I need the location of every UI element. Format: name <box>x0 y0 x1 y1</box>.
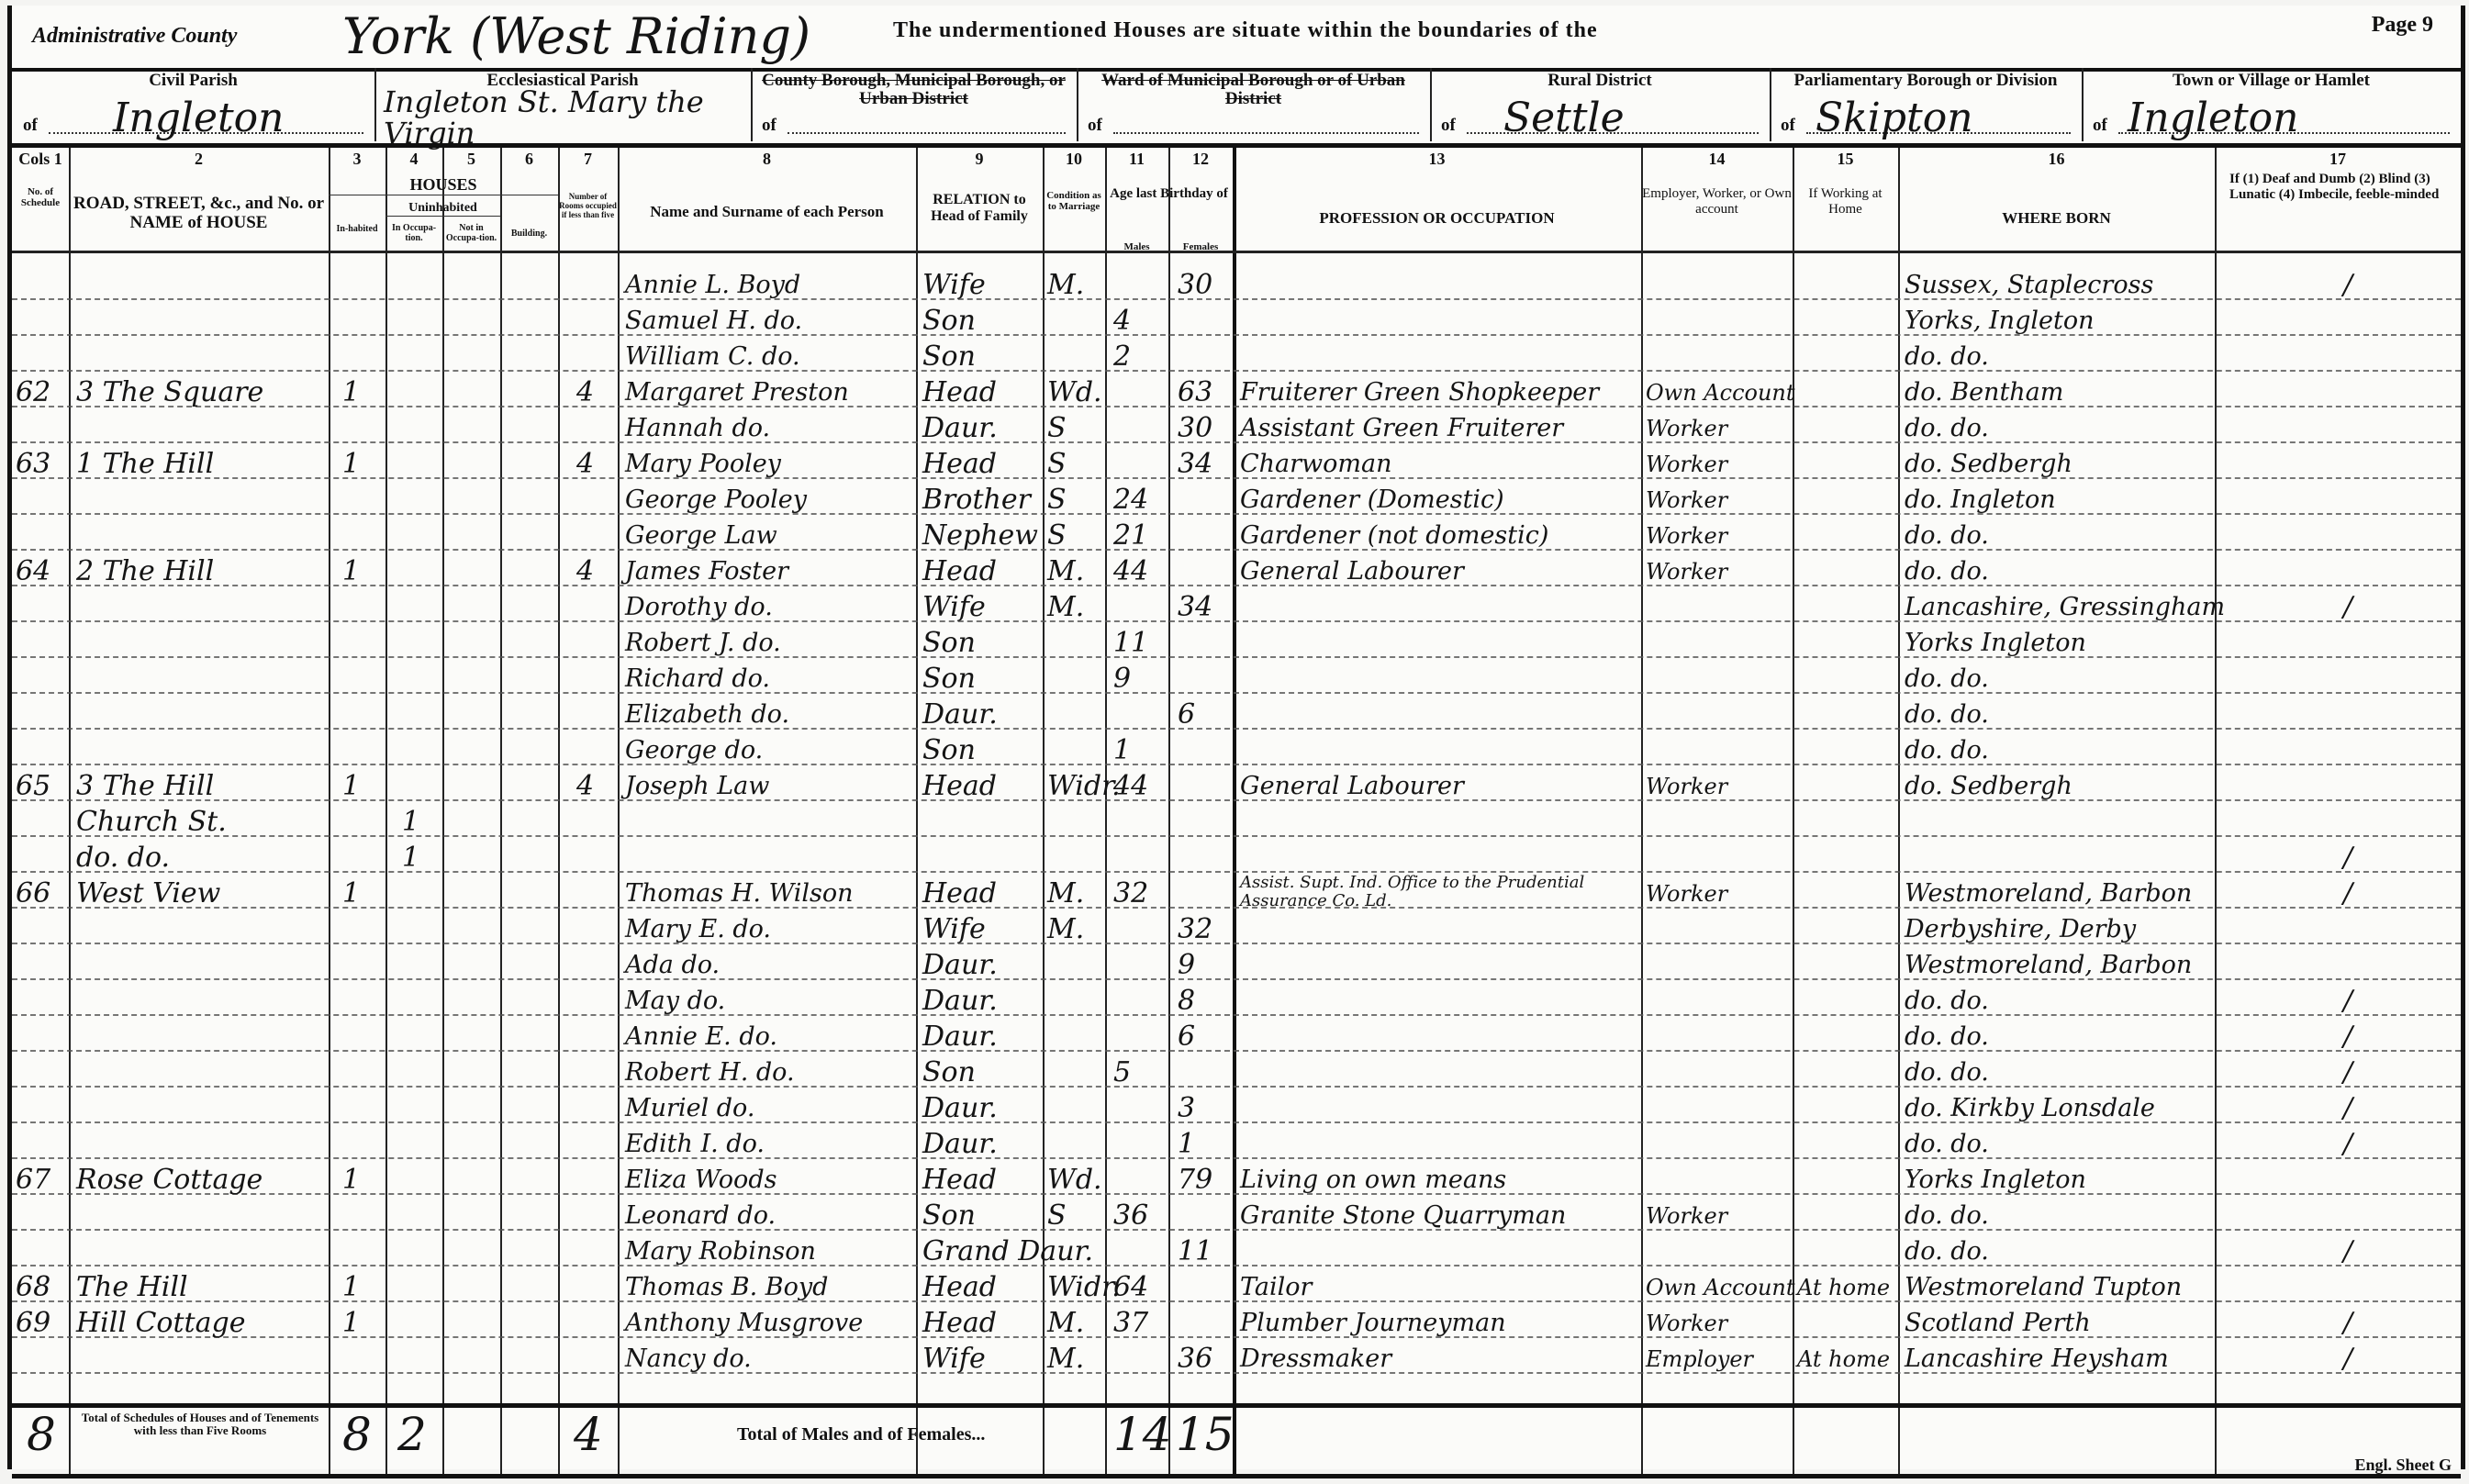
name-cell: Richard do. <box>625 659 919 694</box>
table-row: Muriel do.Daur.3do. Kirkby Lonsdale/ <box>12 1088 2461 1123</box>
rooms-cell <box>576 337 618 372</box>
occupation-cell: Charwoman <box>1240 444 1644 479</box>
inhabited-cell: 1 <box>342 1303 384 1338</box>
name-cell: Thomas H. Wilson <box>625 874 919 909</box>
rooms-cell <box>576 874 618 909</box>
col-number: 12 <box>1168 150 1233 169</box>
of-label: of <box>762 116 776 136</box>
unoccupied-cell <box>402 1160 443 1195</box>
address-cell: Rose Cottage <box>76 1160 329 1195</box>
houses-header: HOUSES <box>329 175 558 195</box>
totals-row: 8 Total of Schedules of Houses and of Te… <box>12 1403 2461 1478</box>
at-home-cell <box>1797 838 1898 873</box>
schedule-number <box>16 1124 69 1159</box>
females-total: 15 <box>1176 1408 1234 1461</box>
name-cell: Leonard do. <box>625 1196 919 1231</box>
relation-cell <box>922 802 1042 837</box>
name-cell: Muriel do. <box>625 1088 919 1123</box>
schedule-number <box>16 408 69 443</box>
relation-cell: Wife <box>922 587 1042 622</box>
occupation-cell <box>1240 337 1644 372</box>
rooms-cell <box>576 945 618 980</box>
inhabited-cell: 1 <box>342 444 384 479</box>
infirmity-cell: / <box>2343 1017 2380 1052</box>
schedules-total: 8 <box>27 1408 56 1461</box>
name-cell: Dorothy do. <box>625 587 919 622</box>
schedule-number <box>16 802 69 837</box>
male-age-cell: 37 <box>1113 1303 1168 1338</box>
unoccupied-cell <box>402 909 443 944</box>
relation-cell: Brother <box>922 480 1042 515</box>
infirmity-cell <box>2343 337 2380 372</box>
relation-cell: Daur. <box>922 695 1042 730</box>
occupation-cell: Granite Stone Quarryman <box>1240 1196 1644 1231</box>
name-cell <box>625 838 919 873</box>
condition-cell <box>1047 623 1104 658</box>
col-number: 9 <box>916 150 1043 169</box>
address-cell <box>76 480 329 515</box>
at-home-cell <box>1797 444 1898 479</box>
name-cell: Annie E. do. <box>625 1017 919 1052</box>
male-age-cell <box>1113 1160 1168 1195</box>
condition-cell: M. <box>1047 1303 1104 1338</box>
relation-cell: Head <box>922 1303 1042 1338</box>
female-age-cell: 6 <box>1178 695 1233 730</box>
of-label: of <box>1088 116 1102 136</box>
inhabited-cell <box>342 337 384 372</box>
employer-cell: Own Account <box>1646 1267 1793 1302</box>
unoccupied-cell <box>402 731 443 765</box>
birthplace-cell: do. do. <box>1905 408 2217 443</box>
unoccupied-cell <box>402 623 443 658</box>
condition-cell <box>1047 731 1104 765</box>
parliamentary-label: Parliamentary Borough or Division <box>1770 72 2082 90</box>
male-age-cell: 21 <box>1113 516 1168 551</box>
birthplace-cell: do. Sedbergh <box>1905 766 2217 801</box>
name-cell: Ada do. <box>625 945 919 980</box>
unoccupied-cell <box>402 552 443 586</box>
occupation-cell <box>1240 802 1644 837</box>
male-age-cell: 32 <box>1113 874 1168 909</box>
table-row: William C. do.Son2do. do. <box>12 337 2461 372</box>
schedule-number <box>16 838 69 873</box>
rooms-cell <box>576 516 618 551</box>
birthplace-cell: do. Kirkby Lonsdale <box>1905 1088 2217 1123</box>
name-cell: May do. <box>625 981 919 1016</box>
rooms-cell <box>576 659 618 694</box>
infirmity-cell <box>2343 301 2380 336</box>
at-home-cell <box>1797 659 1898 694</box>
col-header: ROAD, STREET, &c., and No. or NAME of HO… <box>69 194 329 232</box>
unoccupied-cell <box>402 874 443 909</box>
at-home-cell <box>1797 802 1898 837</box>
employer-cell <box>1646 1017 1793 1052</box>
relation-cell: Son <box>922 301 1042 336</box>
birthplace-cell: do. Bentham <box>1905 373 2217 407</box>
unoccupied-cell <box>402 1196 443 1231</box>
infirmity-cell <box>2343 516 2380 551</box>
at-home-cell <box>1797 945 1898 980</box>
male-age-cell <box>1113 587 1168 622</box>
female-age-cell: 6 <box>1178 1017 1233 1052</box>
table-row: Church St.1 <box>12 802 2461 837</box>
schedule-number <box>16 623 69 658</box>
col-number: 3 <box>329 150 385 169</box>
at-home-cell <box>1797 265 1898 300</box>
female-age-cell: 63 <box>1178 373 1233 407</box>
infirmity-cell: / <box>2343 874 2380 909</box>
inhabited-cell <box>342 838 384 873</box>
occupation-cell: Gardener (Domestic) <box>1240 480 1644 515</box>
rooms-cell <box>576 838 618 873</box>
name-cell: Nancy do. <box>625 1339 919 1374</box>
female-age-cell: 3 <box>1178 1088 1233 1123</box>
schedule-number: 65 <box>16 766 69 801</box>
of-label: of <box>1781 116 1795 136</box>
occupation-cell <box>1240 695 1644 730</box>
birthplace-cell: Yorks Ingleton <box>1905 623 2217 658</box>
male-age-cell <box>1113 373 1168 407</box>
col-number: 13 <box>1233 150 1641 169</box>
employer-cell <box>1646 1160 1793 1195</box>
schedule-number <box>16 337 69 372</box>
employer-cell <box>1646 265 1793 300</box>
inhabited-cell <box>342 1017 384 1052</box>
unoccupied-cell <box>402 1088 443 1123</box>
col-number: 6 <box>500 150 558 169</box>
rooms-cell <box>576 1196 618 1231</box>
schedule-number: 69 <box>16 1303 69 1338</box>
occupation-cell <box>1240 659 1644 694</box>
employer-cell <box>1646 623 1793 658</box>
name-cell: Eliza Woods <box>625 1160 919 1195</box>
male-age-cell <box>1113 1232 1168 1266</box>
inhabited-cell <box>342 1088 384 1123</box>
col-number: 16 <box>1898 150 2215 169</box>
name-cell: William C. do. <box>625 337 919 372</box>
table-row: 69Hill Cottage1Anthony MusgroveHeadM.37P… <box>12 1303 2461 1338</box>
occupation-cell: Dressmaker <box>1240 1339 1644 1374</box>
birthplace-cell: do. do. <box>1905 1017 2217 1052</box>
name-cell: Anthony Musgrove <box>625 1303 919 1338</box>
relation-cell: Son <box>922 731 1042 765</box>
employer-cell <box>1646 909 1793 944</box>
address-cell: West View <box>76 874 329 909</box>
schedule-number <box>16 587 69 622</box>
male-age-cell: 5 <box>1113 1053 1168 1088</box>
at-home-cell <box>1797 695 1898 730</box>
inhabited-cell: 1 <box>342 766 384 801</box>
occupation-cell <box>1240 265 1644 300</box>
table-row: George LawNephewS21Gardener (not domesti… <box>12 516 2461 551</box>
birthplace-cell: Lancashire Heysham <box>1905 1339 2217 1374</box>
female-age-cell: 32 <box>1178 909 1233 944</box>
unoccupied-cell: 1 <box>402 838 443 873</box>
male-age-cell <box>1113 265 1168 300</box>
col-header: In Occupa-tion. <box>385 223 442 243</box>
col-number: 11 <box>1105 150 1168 169</box>
at-home-cell <box>1797 766 1898 801</box>
table-row: Nancy do.WifeM.36DressmakerEmployerAt ho… <box>12 1339 2461 1374</box>
rooms-cell <box>576 1303 618 1338</box>
rooms-cell <box>576 1124 618 1159</box>
table-row: Hannah do.Daur.S30Assistant Green Fruite… <box>12 408 2461 443</box>
situate-text: The undermentioned Houses are situate wi… <box>893 18 1598 43</box>
address-cell <box>76 265 329 300</box>
col-number: 4 <box>385 150 442 169</box>
address-cell <box>76 695 329 730</box>
col-number: 15 <box>1793 150 1898 169</box>
table-row: Robert J. do.Son11Yorks Ingleton <box>12 623 2461 658</box>
civil-parish: Civil Parish of Ingleton <box>12 68 376 141</box>
schedule-number <box>16 909 69 944</box>
birthplace-cell: Sussex, Staplecross <box>1905 265 2217 300</box>
census-table: Cols 1 No. of Schedule 2 ROAD, STREET, &… <box>12 143 2461 1474</box>
col-number: 7 <box>558 150 618 169</box>
employer-cell <box>1646 301 1793 336</box>
male-age-cell <box>1113 945 1168 980</box>
condition-cell <box>1047 659 1104 694</box>
civil-parish-label: Civil Parish <box>12 72 374 90</box>
male-age-cell: 4 <box>1113 301 1168 336</box>
address-cell <box>76 516 329 551</box>
admin-county-label: Administrative County <box>32 24 237 49</box>
male-age-cell: 9 <box>1113 659 1168 694</box>
birthplace-cell: do. do. <box>1905 1196 2217 1231</box>
female-age-cell <box>1178 516 1233 551</box>
schedule-number <box>16 695 69 730</box>
occupation-cell <box>1240 1124 1644 1159</box>
table-row: 623 The Square14Margaret PrestonHeadWd.6… <box>12 373 2461 407</box>
employer-cell <box>1646 337 1793 372</box>
relation-cell: Son <box>922 659 1042 694</box>
male-age-cell: 11 <box>1113 623 1168 658</box>
col-number: 17 <box>2215 150 2461 169</box>
male-age-cell <box>1113 1088 1168 1123</box>
relation-cell: Wife <box>922 1339 1042 1374</box>
rooms-cell <box>576 1267 618 1302</box>
female-age-cell <box>1178 838 1233 873</box>
rooms-cell: 4 <box>576 766 618 801</box>
at-home-cell: At home <box>1797 1267 1898 1302</box>
infirmity-cell <box>2343 659 2380 694</box>
occupation-cell <box>1240 1017 1644 1052</box>
col-header: WHERE BORN <box>1898 210 2215 226</box>
employer-cell <box>1646 1088 1793 1123</box>
unoccupied-cell <box>402 1053 443 1088</box>
inhabited-cell: 1 <box>342 373 384 407</box>
female-age-cell <box>1178 659 1233 694</box>
condition-cell <box>1047 1232 1104 1266</box>
col-number: Cols 1 <box>12 150 69 169</box>
schedule-number: 64 <box>16 552 69 586</box>
male-age-cell <box>1113 909 1168 944</box>
ecclesiastical-parish: Ecclesiastical Parish Ingleton St. Mary … <box>374 68 753 141</box>
at-home-cell <box>1797 731 1898 765</box>
condition-cell: Wd. <box>1047 373 1104 407</box>
of-label: of <box>23 116 38 136</box>
birthplace-cell: Scotland Perth <box>1905 1303 2217 1338</box>
parliamentary-division: Parliamentary Borough or Division of Ski… <box>1770 68 2084 141</box>
at-home-cell <box>1797 1124 1898 1159</box>
rooms-cell <box>576 623 618 658</box>
table-row: Annie L. BoydWifeM.30Sussex, Staplecross… <box>12 265 2461 300</box>
condition-cell: S <box>1047 408 1104 443</box>
name-cell: Edith I. do. <box>625 1124 919 1159</box>
unoccupied-cell <box>402 1017 443 1052</box>
col-header: In-habited <box>329 221 385 237</box>
relation-cell: Son <box>922 1196 1042 1231</box>
table-row: 67Rose Cottage1Eliza WoodsHeadWd.79Livin… <box>12 1160 2461 1195</box>
relation-cell: Daur. <box>922 408 1042 443</box>
rooms-cell <box>576 1088 618 1123</box>
relation-cell: Head <box>922 766 1042 801</box>
col-number: 10 <box>1043 150 1105 169</box>
rooms-cell <box>576 1339 618 1374</box>
condition-cell: M. <box>1047 1339 1104 1374</box>
relation-cell: Daur. <box>922 945 1042 980</box>
female-age-cell <box>1178 552 1233 586</box>
name-cell: Elizabeth do. <box>625 695 919 730</box>
unoccupied-cell <box>402 945 443 980</box>
occupation-cell <box>1240 731 1644 765</box>
male-age-cell: 24 <box>1113 480 1168 515</box>
condition-cell <box>1047 301 1104 336</box>
male-age-cell <box>1113 695 1168 730</box>
condition-cell <box>1047 1124 1104 1159</box>
female-age-cell: 1 <box>1178 1124 1233 1159</box>
parliamentary-value: Skipton <box>1815 95 1973 141</box>
birthplace-cell: Lancashire, Gressingham <box>1905 587 2217 622</box>
female-age-cell <box>1178 766 1233 801</box>
inhabited-cell <box>342 408 384 443</box>
condition-cell: S <box>1047 480 1104 515</box>
inhabited-cell <box>342 695 384 730</box>
rooms-cell <box>576 731 618 765</box>
birthplace-cell <box>1905 802 2217 837</box>
male-age-cell <box>1113 1124 1168 1159</box>
inhabited-cell <box>342 480 384 515</box>
unoccupied-cell <box>402 766 443 801</box>
occupation-cell: Plumber Journeyman <box>1240 1303 1644 1338</box>
schedule-number <box>16 1053 69 1088</box>
birthplace-cell: do. do. <box>1905 731 2217 765</box>
female-age-cell <box>1178 480 1233 515</box>
occupation-cell: General Labourer <box>1240 766 1644 801</box>
inhabited-cell <box>342 587 384 622</box>
at-home-cell <box>1797 1160 1898 1195</box>
inhabited-cell <box>342 1232 384 1266</box>
schedule-number <box>16 1088 69 1123</box>
rooms-cell <box>576 265 618 300</box>
female-age-cell <box>1178 802 1233 837</box>
county-borough: County Borough, Municipal Borough, or Ur… <box>751 68 1078 141</box>
unoccupied-cell <box>402 695 443 730</box>
female-age-cell <box>1178 337 1233 372</box>
relation-cell <box>922 838 1042 873</box>
at-home-cell <box>1797 552 1898 586</box>
totals-label: Total of Males and of Females... <box>737 1424 985 1445</box>
infirmity-cell <box>2343 1196 2380 1231</box>
rooms-total: 4 <box>574 1408 603 1461</box>
table-row: Richard do.Son9do. do. <box>12 659 2461 694</box>
employer-cell: Worker <box>1646 1303 1793 1338</box>
female-age-cell: 30 <box>1178 408 1233 443</box>
table-row: do. do.1/ <box>12 838 2461 873</box>
address-cell <box>76 1232 329 1266</box>
unoccupied-cell <box>402 981 443 1016</box>
condition-cell: M. <box>1047 874 1104 909</box>
at-home-cell: At home <box>1797 1339 1898 1374</box>
at-home-cell <box>1797 516 1898 551</box>
relation-cell: Daur. <box>922 1017 1042 1052</box>
birthplace-cell: do. Ingleton <box>1905 480 2217 515</box>
infirmity-cell: / <box>2343 265 2380 300</box>
male-age-cell <box>1113 408 1168 443</box>
relation-cell: Grand Daur. <box>922 1232 1042 1266</box>
relation-cell: Head <box>922 874 1042 909</box>
infirmity-cell: / <box>2343 1088 2380 1123</box>
table-row: 653 The Hill14Joseph LawHeadWidr.44Gener… <box>12 766 2461 801</box>
occupation-cell: Assistant Green Fruiterer <box>1240 408 1644 443</box>
address-cell <box>76 1088 329 1123</box>
infirmity-cell <box>2343 408 2380 443</box>
col-header: If Working at Home <box>1793 186 1898 218</box>
at-home-cell <box>1797 337 1898 372</box>
female-age-cell: 9 <box>1178 945 1233 980</box>
col-header: Name and Surname of each Person <box>618 203 916 220</box>
unoccupied-cell <box>402 337 443 372</box>
address-cell <box>76 1339 329 1374</box>
of-label: of <box>2093 116 2107 136</box>
relation-cell: Head <box>922 552 1042 586</box>
schedule-number <box>16 516 69 551</box>
infirmity-cell <box>2343 552 2380 586</box>
birthplace-cell: Westmoreland, Barbon <box>1905 874 2217 909</box>
of-label: of <box>1441 116 1456 136</box>
male-age-cell: 2 <box>1113 337 1168 372</box>
name-cell <box>625 802 919 837</box>
occupation-cell: Gardener (not domestic) <box>1240 516 1644 551</box>
condition-cell: Widr. <box>1047 766 1104 801</box>
table-row: 68The Hill1Thomas B. BoydHeadWidr.64Tail… <box>12 1267 2461 1302</box>
rooms-cell <box>576 301 618 336</box>
address-cell: Church St. <box>76 802 329 837</box>
birthplace-cell: do. do. <box>1905 695 2217 730</box>
table-row: Ada do.Daur.9Westmoreland, Barbon <box>12 945 2461 980</box>
address-cell <box>76 1017 329 1052</box>
name-cell: Mary Robinson <box>625 1232 919 1266</box>
condition-cell: S <box>1047 516 1104 551</box>
occupation-cell: Living on own means <box>1240 1160 1644 1195</box>
female-age-cell: 79 <box>1178 1160 1233 1195</box>
occupation-cell: Fruiterer Green Shopkeeper <box>1240 373 1644 407</box>
unoccupied-cell <box>402 1232 443 1266</box>
inhabited-cell <box>342 802 384 837</box>
name-cell: Thomas B. Boyd <box>625 1267 919 1302</box>
female-age-cell <box>1178 1303 1233 1338</box>
schedule-number: 67 <box>16 1160 69 1195</box>
birthplace-cell: Westmoreland, Barbon <box>1905 945 2217 980</box>
inhabited-total: 8 <box>342 1408 372 1461</box>
rural-district-label: Rural District <box>1430 72 1770 90</box>
rooms-cell <box>576 480 618 515</box>
condition-cell: M. <box>1047 587 1104 622</box>
inhabited-cell <box>342 659 384 694</box>
rooms-cell <box>576 802 618 837</box>
female-age-cell <box>1178 874 1233 909</box>
infirmity-cell <box>2343 766 2380 801</box>
